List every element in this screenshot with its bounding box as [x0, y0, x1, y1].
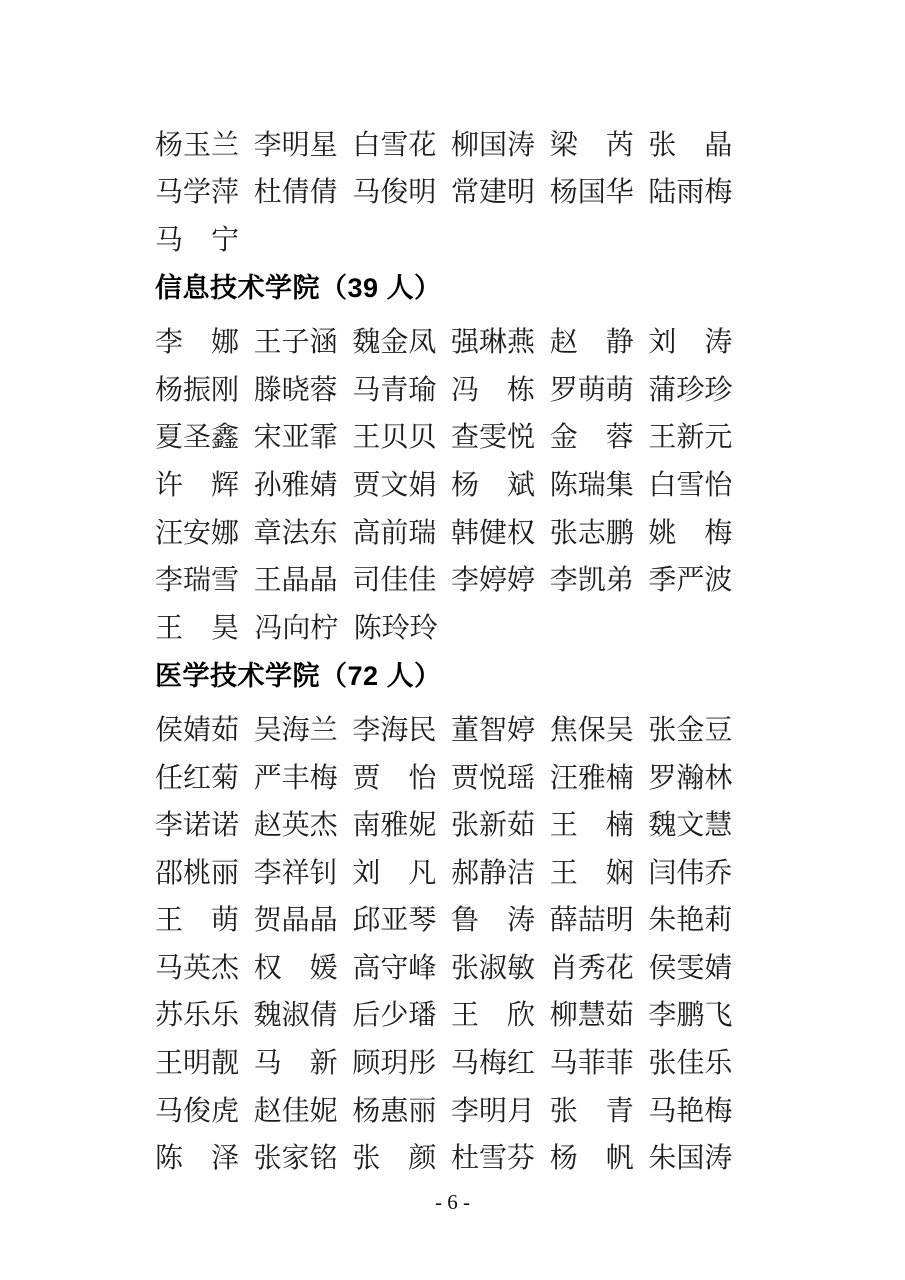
- name-row: 任红菊严丰梅贾 怡贾悦瑶汪雅楠罗瀚林: [155, 755, 747, 803]
- name-row: 李 娜王子涵魏金凤强琳燕赵 静刘 涛: [155, 319, 747, 367]
- person-name: 李明月: [451, 1098, 535, 1126]
- person-name: 张家铭: [254, 1145, 338, 1173]
- person-name: 王明靓: [155, 1050, 239, 1078]
- person-name: 贾文娟: [352, 472, 436, 500]
- name-row: 李瑞雪王晶晶司佳佳李婷婷李凯弟季严波: [155, 557, 747, 605]
- name-row: 陈 泽张家铭张 颜杜雪芬杨 帆朱国涛: [155, 1135, 747, 1183]
- person-name: 王新元: [648, 424, 732, 452]
- person-name: 杨振刚: [155, 377, 239, 405]
- person-name: 王子涵: [254, 329, 338, 357]
- person-name: 金 蓉: [550, 424, 634, 452]
- person-name: 李海民: [352, 717, 436, 745]
- person-name: 刘 凡: [352, 860, 436, 888]
- person-name: 马英杰: [155, 955, 239, 983]
- person-name: 李婷婷: [451, 567, 535, 595]
- person-name: 鲁 涛: [451, 907, 535, 935]
- person-name: 顾玥彤: [352, 1050, 436, 1078]
- person-name: 吴海兰: [254, 717, 338, 745]
- person-name: 陈瑞集: [550, 472, 634, 500]
- person-name: 常建明: [451, 179, 535, 207]
- person-name: 王 欣: [451, 1002, 535, 1030]
- section-medical-tech: 医学技术学院（72 人） 侯婧茹吴海兰李海民董智婷焦保吴张金豆任红菊严丰梅贾 怡…: [155, 653, 747, 1184]
- name-row: 李诺诺赵英杰南雅妮张新茹王 楠魏文慧: [155, 802, 747, 850]
- person-name: 张 青: [550, 1098, 634, 1126]
- person-name: 朱艳莉: [648, 907, 732, 935]
- person-name: 张 颜: [352, 1145, 436, 1173]
- person-name: 王 萌: [155, 907, 239, 935]
- person-name: 肖秀花: [550, 955, 634, 983]
- person-name: 孙雅婧: [254, 472, 338, 500]
- person-name: 张佳乐: [648, 1050, 732, 1078]
- person-name: 王 楠: [550, 812, 634, 840]
- person-name: 薛喆明: [550, 907, 634, 935]
- name-row: 王 萌贺晶晶邱亚琴鲁 涛薛喆明朱艳莉: [155, 898, 747, 946]
- person-name: 侯雯婧: [648, 955, 732, 983]
- person-name: 司佳佳: [352, 567, 436, 595]
- page-number: - 6 -: [0, 1190, 905, 1215]
- name-row: 王 昊冯向柠陈玲玲: [155, 605, 747, 653]
- person-name: 姚 梅: [648, 520, 732, 548]
- continuation-name-list: 杨玉兰李明星白雪花柳国涛梁 芮张 晶马学萍杜倩倩马俊明常建明杨国华陆雨梅马 宁: [155, 122, 747, 265]
- person-name: 郝静洁: [451, 860, 535, 888]
- person-name: 查雯悦: [451, 424, 535, 452]
- section-title-info-tech: 信息技术学院（39 人）: [155, 265, 747, 313]
- person-name: 李祥钊: [254, 860, 338, 888]
- person-name: 朱国涛: [648, 1145, 732, 1173]
- medical-tech-name-list: 侯婧茹吴海兰李海民董智婷焦保吴张金豆任红菊严丰梅贾 怡贾悦瑶汪雅楠罗瀚林李诺诺赵…: [155, 707, 747, 1183]
- person-name: 杨惠丽: [352, 1098, 436, 1126]
- person-name: 章法东: [254, 520, 338, 548]
- person-name: 赵 静: [550, 329, 634, 357]
- person-name: 夏圣鑫: [155, 424, 239, 452]
- name-row: 杨玉兰李明星白雪花柳国涛梁 芮张 晶: [155, 122, 747, 170]
- name-row: 苏乐乐魏淑倩后少璠王 欣柳慧茹李鹏飞: [155, 993, 747, 1041]
- person-name: 罗瀚林: [648, 765, 732, 793]
- person-name: 马 新: [254, 1050, 338, 1078]
- person-name: 冯 栋: [451, 377, 535, 405]
- person-name: 杨 斌: [451, 472, 535, 500]
- person-name: 陈玲玲: [354, 615, 439, 643]
- person-name: 汪雅楠: [550, 765, 634, 793]
- person-name: 任红菊: [155, 765, 239, 793]
- name-row: 夏圣鑫宋亚霏王贝贝查雯悦金 蓉王新元: [155, 415, 747, 463]
- person-name: 陆雨梅: [648, 179, 732, 207]
- person-name: 张新茹: [451, 812, 535, 840]
- person-name: 杜倩倩: [254, 179, 338, 207]
- name-row: 杨振刚滕晓蓉马青瑜冯 栋罗萌萌蒲珍珍: [155, 367, 747, 415]
- person-name: 马学萍: [155, 179, 239, 207]
- person-name: 蒲珍珍: [648, 377, 732, 405]
- person-name: 张 晶: [648, 132, 732, 160]
- person-name: 李瑞雪: [155, 567, 239, 595]
- person-name: 魏金凤: [352, 329, 436, 357]
- name-roster: 杨玉兰李明星白雪花柳国涛梁 芮张 晶马学萍杜倩倩马俊明常建明杨国华陆雨梅马 宁 …: [155, 122, 747, 1183]
- person-name: 后少璠: [352, 1002, 436, 1030]
- name-row: 侯婧茹吴海兰李海民董智婷焦保吴张金豆: [155, 707, 747, 755]
- person-name: 王 昊: [155, 615, 240, 643]
- person-name: 贾 怡: [352, 765, 436, 793]
- person-name: 高守峰: [352, 955, 436, 983]
- person-name: 焦保吴: [550, 717, 634, 745]
- name-row: 马 宁: [155, 217, 747, 265]
- person-name: 杨 帆: [550, 1145, 634, 1173]
- person-name: 汪安娜: [155, 520, 239, 548]
- person-name: 许 辉: [155, 472, 239, 500]
- info-tech-name-list: 李 娜王子涵魏金凤强琳燕赵 静刘 涛杨振刚滕晓蓉马青瑜冯 栋罗萌萌蒲珍珍夏圣鑫宋…: [155, 319, 747, 652]
- name-row: 王明靓马 新顾玥彤马梅红马菲菲张佳乐: [155, 1040, 747, 1088]
- person-name: 张淑敏: [451, 955, 535, 983]
- person-name: 高前瑞: [352, 520, 436, 548]
- person-name: 白雪怡: [648, 472, 732, 500]
- person-name: 闫伟乔: [648, 860, 732, 888]
- person-name: 严丰梅: [254, 765, 338, 793]
- person-name: 邵桃丽: [155, 860, 239, 888]
- person-name: 张志鹏: [550, 520, 634, 548]
- person-name: 梁 芮: [550, 132, 634, 160]
- person-name: 马青瑜: [352, 377, 436, 405]
- person-name: 贾悦瑶: [451, 765, 535, 793]
- document-page: 杨玉兰李明星白雪花柳国涛梁 芮张 晶马学萍杜倩倩马俊明常建明杨国华陆雨梅马 宁 …: [0, 0, 905, 1280]
- person-name: 杨国华: [550, 179, 634, 207]
- person-name: 柳慧茹: [550, 1002, 634, 1030]
- person-name: 贺晶晶: [254, 907, 338, 935]
- person-name: 冯向柠: [254, 615, 339, 643]
- person-name: 魏淑倩: [254, 1002, 338, 1030]
- person-name: 李凯弟: [550, 567, 634, 595]
- person-name: 南雅妮: [352, 812, 436, 840]
- name-row: 马俊虎赵佳妮杨惠丽李明月张 青马艳梅: [155, 1088, 747, 1136]
- person-name: 王晶晶: [254, 567, 338, 595]
- person-name: 马 宁: [155, 227, 240, 255]
- person-name: 滕晓蓉: [254, 377, 338, 405]
- name-row: 马英杰权 媛高守峰张淑敏肖秀花侯雯婧: [155, 945, 747, 993]
- person-name: 韩健权: [451, 520, 535, 548]
- person-name: 赵佳妮: [254, 1098, 338, 1126]
- person-name: 魏文慧: [648, 812, 732, 840]
- person-name: 白雪花: [352, 132, 436, 160]
- person-name: 李明星: [254, 132, 338, 160]
- person-name: 董智婷: [451, 717, 535, 745]
- section-title-medical-tech: 医学技术学院（72 人）: [155, 653, 747, 701]
- person-name: 马梅红: [451, 1050, 535, 1078]
- person-name: 刘 涛: [648, 329, 732, 357]
- person-name: 张金豆: [648, 717, 732, 745]
- person-name: 马菲菲: [550, 1050, 634, 1078]
- person-name: 杜雪芬: [451, 1145, 535, 1173]
- person-name: 宋亚霏: [254, 424, 338, 452]
- person-name: 马俊明: [352, 179, 436, 207]
- person-name: 李 娜: [155, 329, 239, 357]
- person-name: 李诺诺: [155, 812, 239, 840]
- person-name: 侯婧茹: [155, 717, 239, 745]
- person-name: 马俊虎: [155, 1098, 239, 1126]
- person-name: 王 娴: [550, 860, 634, 888]
- person-name: 邱亚琴: [352, 907, 436, 935]
- name-row: 汪安娜章法东高前瑞韩健权张志鹏姚 梅: [155, 510, 747, 558]
- person-name: 杨玉兰: [155, 132, 239, 160]
- person-name: 王贝贝: [352, 424, 436, 452]
- person-name: 赵英杰: [254, 812, 338, 840]
- person-name: 马艳梅: [648, 1098, 732, 1126]
- name-row: 马学萍杜倩倩马俊明常建明杨国华陆雨梅: [155, 170, 747, 218]
- person-name: 陈 泽: [155, 1145, 239, 1173]
- name-row: 邵桃丽李祥钊刘 凡郝静洁王 娴闫伟乔: [155, 850, 747, 898]
- person-name: 李鹏飞: [648, 1002, 732, 1030]
- person-name: 罗萌萌: [550, 377, 634, 405]
- person-name: 苏乐乐: [155, 1002, 239, 1030]
- person-name: 柳国涛: [451, 132, 535, 160]
- person-name: 强琳燕: [451, 329, 535, 357]
- person-name: 季严波: [648, 567, 732, 595]
- name-row: 许 辉孙雅婧贾文娟杨 斌陈瑞集白雪怡: [155, 462, 747, 510]
- person-name: 权 媛: [254, 955, 338, 983]
- section-info-tech: 信息技术学院（39 人） 李 娜王子涵魏金凤强琳燕赵 静刘 涛杨振刚滕晓蓉马青瑜…: [155, 265, 747, 653]
